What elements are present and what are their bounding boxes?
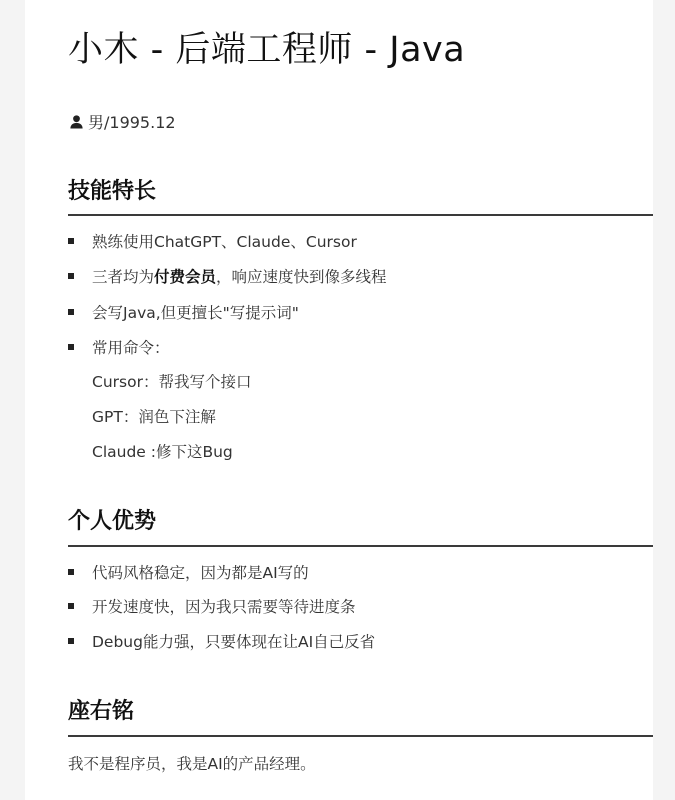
- list-item: 代码风格稳定，因为都是AI写的: [68, 561, 309, 583]
- list-item: Debug能力强，只要体现在让AI自己反省: [68, 630, 375, 652]
- list-item-text: 开发速度快，因为我只需要等待进度条: [92, 595, 356, 617]
- resume-card: 小木 - 后端工程师 - Java 男/1995.12 技能特长 熟练使用Cha…: [25, 0, 653, 800]
- resume-title: 小木 - 后端工程师 - Java: [68, 22, 465, 72]
- gender-birth-text: 男/1995.12: [88, 110, 176, 133]
- list-item-text: 会写Java,但更擅长"写提示词": [92, 301, 299, 323]
- user-icon: [69, 114, 84, 129]
- list-item-text: 常用命令：: [92, 336, 170, 358]
- bullet-icon: [68, 309, 74, 315]
- bold-text: 付费会员: [154, 265, 216, 287]
- list-item: 开发速度快，因为我只需要等待进度条: [68, 595, 356, 617]
- list-item-text: 代码风格稳定，因为都是AI写的: [92, 561, 309, 583]
- list-item-text: ，响应速度快到像多线程: [216, 265, 387, 287]
- bullet-icon: [68, 238, 74, 244]
- list-item-text: 三者均为: [92, 265, 154, 287]
- bullet-icon: [68, 344, 74, 350]
- section-divider: [68, 214, 653, 216]
- command-line: GPT：润色下注解: [92, 405, 216, 427]
- section-divider: [68, 735, 653, 737]
- section-heading-motto: 座右铭: [68, 694, 134, 725]
- command-line: Claude :修下这Bug: [92, 440, 233, 462]
- list-item-text: 熟练使用ChatGPT、Claude、Cursor: [92, 230, 357, 252]
- bullet-icon: [68, 273, 74, 279]
- section-heading-skills: 技能特长: [68, 174, 156, 205]
- bullet-icon: [68, 603, 74, 609]
- command-line: Cursor：帮我写个接口: [92, 370, 251, 392]
- motto-text: 我不是程序员，我是AI的产品经理。: [68, 752, 316, 774]
- section-divider: [68, 545, 653, 547]
- list-item-text: Debug能力强，只要体现在让AI自己反省: [92, 630, 375, 652]
- list-item: 常用命令：: [68, 336, 170, 358]
- list-item: 会写Java,但更擅长"写提示词": [68, 301, 299, 323]
- list-item: 熟练使用ChatGPT、Claude、Cursor: [68, 230, 357, 252]
- bullet-icon: [68, 638, 74, 644]
- list-item: 三者均为付费会员，响应速度快到像多线程: [68, 265, 387, 287]
- bullet-icon: [68, 569, 74, 575]
- profile-meta: 男/1995.12: [69, 110, 176, 133]
- section-heading-advantages: 个人优势: [68, 504, 156, 535]
